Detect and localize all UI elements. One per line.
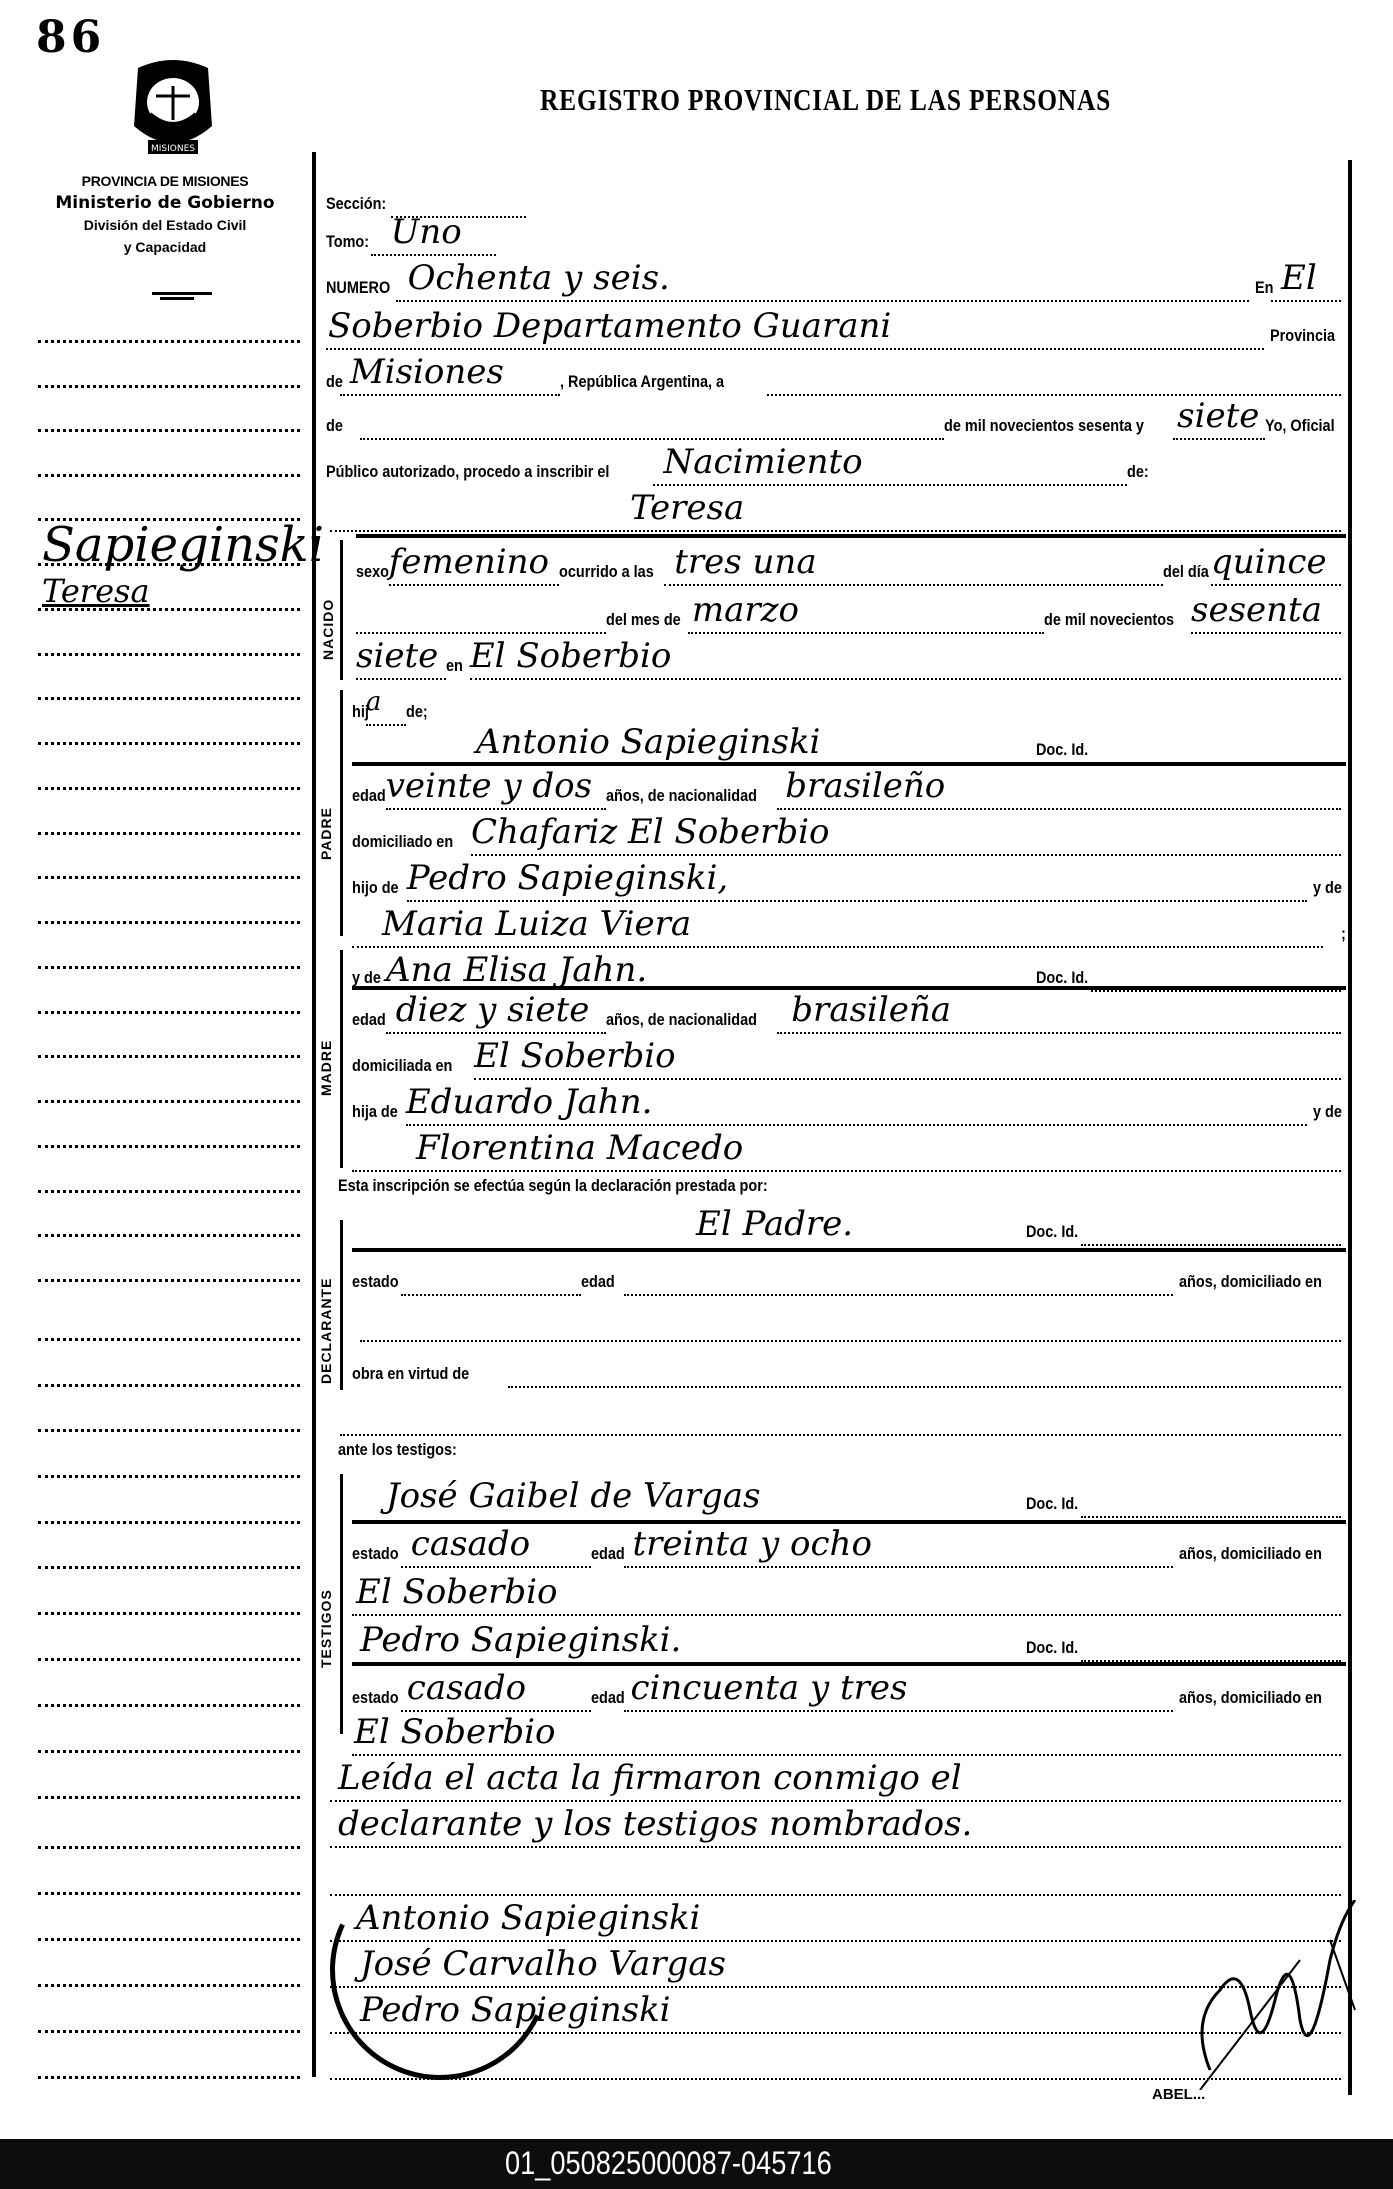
field-declarante-nombre: El Padre. Doc. Id. [356,1206,1341,1246]
testigo-2-estado-value[interactable]: casado [401,1670,591,1712]
field-lugar-nacimiento: siete en El Soberbio [356,640,1341,680]
official-signature-icon [1180,1900,1360,2090]
margin-line [38,1984,300,1987]
testigo-2-edad-label: edad [591,1688,625,1712]
madre-section-label: MADRE [318,1040,334,1096]
margin-line [38,1100,300,1103]
anio-value[interactable]: sesenta [1191,592,1341,634]
numero-label: NUMERO [326,278,390,302]
folio-number: 86 [36,12,105,63]
padre-nombre-value[interactable]: Antonio Sapieginski [356,724,1036,764]
margin-line [38,1704,300,1707]
margin-surname: Sapieginski [42,517,324,573]
sexo-value[interactable]: femenino [389,544,559,586]
issuer-capacity: y Capacidad [40,236,290,258]
margin-line [38,697,300,700]
padre-hijo-de-label: hijo de [352,878,399,902]
hora-value[interactable]: tres una [664,544,1163,586]
fecha-dia-value[interactable] [767,354,1341,396]
dia-label: del día [1163,562,1209,586]
margin-line [38,742,300,745]
declarante-bracket [340,1220,343,1390]
margin-line [38,653,300,656]
en-label: en [446,656,463,680]
declarante-edad-label: edad [581,1272,615,1296]
madre-hija-de-value[interactable]: Eduardo Jahn. [406,1084,1307,1126]
margin-line [38,966,300,969]
issuer-division: División del Estado Civil [40,214,290,236]
issuer-ministry: Ministerio de Gobierno [40,192,290,214]
margin-line [38,787,300,790]
acto-value[interactable]: Nacimiento [653,444,1126,486]
madre-dom-value[interactable]: El Soberbio [474,1038,1341,1080]
official-stamp-text: ABEL... [1152,2086,1205,2103]
madre-bracket [340,950,343,1168]
margin-line [38,1338,300,1341]
field-padre-nombre: Antonio Sapieginski Doc. Id. [356,724,1341,764]
fecha-mes-value[interactable] [360,398,944,440]
numero-value[interactable]: Ochenta y seis. [396,260,1250,302]
declarante-dom-label: años, domiciliado en [1179,1272,1322,1296]
testigos-intro: ante los testigos: [338,1434,1341,1464]
anio-label: de mil novecientos sesenta y [944,416,1144,440]
mes-label: del mes de [606,610,681,634]
declarante-nombre-value[interactable]: El Padre. [356,1206,1026,1246]
padre-madre-value[interactable]: Maria Luiza Viera [352,906,1323,948]
margin-given-name: Teresa [42,568,324,614]
padre-nac-label: años, de nacionalidad [606,786,757,810]
inscripto-nombre-value[interactable]: Teresa [330,490,1341,532]
testigo-2-edad-value[interactable]: cincuenta y tres [624,1670,1172,1712]
provincia-value[interactable]: Misiones [340,354,560,396]
margin-line [38,1011,300,1014]
field-padre-domicilio: domiciliado en Chafariz El Soberbio [352,816,1341,856]
padre-hijo-de-value[interactable]: Pedro Sapieginski, [407,860,1307,902]
margin-divider [312,152,316,2077]
margin-line [38,474,300,477]
margin-line [38,1145,300,1148]
declarante-rule [352,1248,1346,1252]
margin-line [38,1475,300,1478]
margin-line [38,1846,300,1849]
margin-line [38,1429,300,1432]
anio-value-2[interactable]: siete [356,638,446,680]
field-provincia: de Misiones , República Argentina, a [326,356,1341,396]
field-tomo: Tomo: Uno [326,216,496,256]
testigo-1-edad-label: edad [591,1544,625,1568]
declarante-obra-value[interactable] [508,1346,1341,1388]
divider [152,292,212,295]
issuer-province: PROVINCIA DE MISIONES [40,170,290,192]
margin-line [38,2030,300,2033]
padre-y-de-label: y de [1313,878,1342,902]
testigo-1-estado-label: estado [352,1544,399,1568]
declarante-doc-value[interactable] [1081,1204,1341,1246]
image-id-bar: 01_050825000087-045716 [0,2139,1393,2189]
testigo-2-estado: estado casado edad cincuenta y tres años… [352,1672,1341,1712]
de-label: de; [406,702,428,726]
padre-doc-label: Doc. Id. [1036,740,1088,764]
margin-line [38,1750,300,1753]
field-inscripto-nombre: Teresa [330,492,1341,532]
testigos-section-label: TESTIGOS [318,1589,334,1668]
testigo-1-doc-value[interactable] [1081,1476,1341,1518]
nacido-section-label: NACIDO [320,599,336,660]
madre-dom-label: domiciliada en [352,1056,452,1080]
testigo-1-edad-value[interactable]: treinta y ocho [624,1526,1172,1568]
margin-line [38,1055,300,1058]
field-numero: NUMERO Ochenta y seis. En El [326,262,1341,302]
field-mes: del mes de marzo de mil novecientos sese… [356,594,1341,634]
acto-de-label: de: [1127,462,1149,486]
de-label: de [326,416,343,440]
declarante-doc-label: Doc. Id. [1026,1222,1078,1246]
tomo-label: Tomo: [326,232,369,256]
padre-bracket [340,690,343,936]
republica-label: , República Argentina, a [560,372,724,396]
mes-blank [356,592,606,634]
coat-of-arms-icon: MISIONES [128,56,218,168]
testigo-1-estado-value[interactable]: casado [401,1526,591,1568]
anio-value[interactable]: siete [1173,398,1265,440]
testigo-1-doc-label: Doc. Id. [1026,1494,1078,1518]
margin-line [38,1612,300,1615]
margin-line [38,1521,300,1524]
margin-line [38,1234,300,1237]
testigo-2-nombre: Pedro Sapieginski. Doc. Id. [356,1622,1341,1662]
testigo-2-nombre-value[interactable]: Pedro Sapieginski. [356,1622,1026,1662]
field-sexo: sexo femenino ocurrido a las tres una de… [356,546,1341,586]
margin-note: Sapieginski Teresa [42,522,324,614]
field-declarante-extra [340,1396,1341,1436]
field-declarante-obra: obra en virtud de [352,1348,1341,1388]
section-rule [356,534,1346,538]
testigo-1-dom-label: años, domiciliado en [1179,1544,1322,1568]
testigo-2-doc-label: Doc. Id. [1026,1638,1078,1662]
madre-y-de-label: y de [1313,1102,1342,1126]
cierre-line-2-value[interactable]: declarante y los testigos nombrados. [330,1806,1341,1848]
margin-line [38,1279,300,1282]
field-madre-domicilio: domiciliada en El Soberbio [352,1040,1341,1080]
tomo-value[interactable]: Uno [371,214,496,256]
madre-edad-value[interactable]: diez y siete [386,992,606,1034]
madre-hija-de-label: hija de [352,1102,398,1126]
margin-line [38,340,300,343]
margin-line [38,1384,300,1387]
margin-line [38,921,300,924]
testigo-2-domicilio: El Soberbio [352,1716,1341,1756]
testigo-1-domicilio: El Soberbio [352,1576,1341,1616]
field-hijo-de: hij a de; [352,686,492,726]
testigos-bracket [340,1474,343,1734]
field-padre-madre: Maria Luiza Viera ; [352,908,1341,948]
cierre-line-2: declarante y los testigos nombrados. [330,1808,1341,1848]
margin-line [38,876,300,879]
lugar-nacimiento-value[interactable]: El Soberbio [470,638,1341,680]
testigo-1-nombre-value[interactable]: José Gaibel de Vargas [356,1478,1026,1518]
margin-line [38,2076,300,2079]
madre-nac-label: años, de nacionalidad [606,1010,757,1034]
padre-nac-value[interactable]: brasileño [777,768,1341,810]
declarante-section-label: DECLARANTE [318,1278,334,1384]
sexo-label: sexo [356,562,389,586]
field-madre-hija-de: hija de Eduardo Jahn. y de [352,1086,1341,1126]
mes-value[interactable]: marzo [688,592,1044,634]
madre-nac-value[interactable]: brasileña [777,992,1341,1034]
document-title: REGISTRO PROVINCIAL DE LAS PERSONAS [540,82,1111,118]
acto-label: Público autorizado, procedo a inscribir … [326,462,609,486]
en-value[interactable]: El [1271,260,1341,302]
hora-label: ocurrido a las [559,562,654,586]
anio-label: de mil novecientos [1044,610,1174,634]
declarante-intro-text: Esta inscripción se efectúa según la dec… [338,1176,768,1200]
margin-line [38,1796,300,1799]
svg-text:MISIONES: MISIONES [151,144,195,154]
padre-edad-value[interactable]: veinte y dos [386,768,606,810]
issuer-block: PROVINCIA DE MISIONES Ministerio de Gobi… [40,170,290,258]
field-padre-hijo-de: hijo de Pedro Sapieginski, y de [352,862,1341,902]
declarante-estado-value[interactable] [401,1254,581,1296]
testigo-1-estado: estado casado edad treinta y ocho años, … [352,1528,1341,1568]
testigo-2-dom-value[interactable]: El Soberbio [352,1714,1341,1756]
dia-value[interactable]: quince [1211,544,1341,586]
divider [160,297,194,300]
testigo-2-rule [352,1662,1346,1666]
testigo-2-estado-label: estado [352,1688,399,1712]
testigo-1-dom-value[interactable]: El Soberbio [352,1574,1341,1616]
testigo-2-doc-value[interactable] [1081,1620,1341,1662]
margin-line [38,1566,300,1569]
declarante-extra-line[interactable] [340,1394,1341,1436]
testigo-1-nombre: José Gaibel de Vargas Doc. Id. [356,1478,1341,1518]
provincia-label: Provincia [1270,326,1335,350]
margin-line [38,1190,300,1193]
field-padre-edad: edad veinte y dos años, de nacionalidad … [352,770,1341,810]
field-acto: Público autorizado, procedo a inscribir … [326,446,1146,486]
field-madre-edad: edad diez y siete años, de nacionalidad … [352,994,1341,1034]
declarante-obra-label: obra en virtud de [352,1364,469,1388]
testigos-intro-text: ante los testigos: [338,1440,457,1464]
padre-dom-value[interactable]: Chafariz El Soberbio [471,814,1341,856]
padre-doc-value[interactable] [1091,722,1341,764]
declarante-intro: Esta inscripción se efectúa según la dec… [338,1170,1341,1200]
margin-line [38,429,300,432]
field-lugar: Soberbio Departamento Guarani Provincia [326,310,1341,350]
nacido-bracket [340,540,343,680]
oficial-label: Yo, Oficial [1265,416,1335,440]
margin-line [38,385,300,388]
margin-line [38,1892,300,1895]
madre-edad-label: edad [352,1010,386,1034]
image-id-text: 01_050825000087-045716 [505,2145,832,2182]
testigo-2-dom-label: años, domiciliado en [1179,1688,1322,1712]
margin-line [38,1658,300,1661]
field-madre-madre: Florentina Macedo [352,1132,1341,1172]
padre-end-mark: ; [1341,924,1346,948]
declarante-edad-value[interactable] [624,1254,1172,1296]
field-declarante-estado: estado edad años, domiciliado en [352,1256,1341,1296]
margin-line [38,1938,300,1941]
cierre-line-1: Leída el acta la firmaron conmigo el [330,1762,1341,1802]
padre-section-label: PADRE [318,807,334,860]
padre-dom-label: domiciliado en [352,832,453,856]
field-fecha: de de mil novecientos sesenta y siete Yo… [326,400,1341,440]
lugar-value[interactable]: Soberbio Departamento Guarani [326,308,1264,350]
cierre-line-1-value[interactable]: Leída el acta la firmaron conmigo el [330,1760,1341,1802]
margin-line [38,832,300,835]
declarante-estado-label: estado [352,1272,399,1296]
madre-madre-value[interactable]: Florentina Macedo [352,1130,1341,1172]
hijo-gender-value[interactable]: a [366,684,406,726]
padre-edad-label: edad [352,786,386,810]
field-declarante-domicilio [360,1302,1341,1342]
right-border [1348,160,1352,2095]
declarante-dom-value[interactable] [360,1300,1341,1342]
